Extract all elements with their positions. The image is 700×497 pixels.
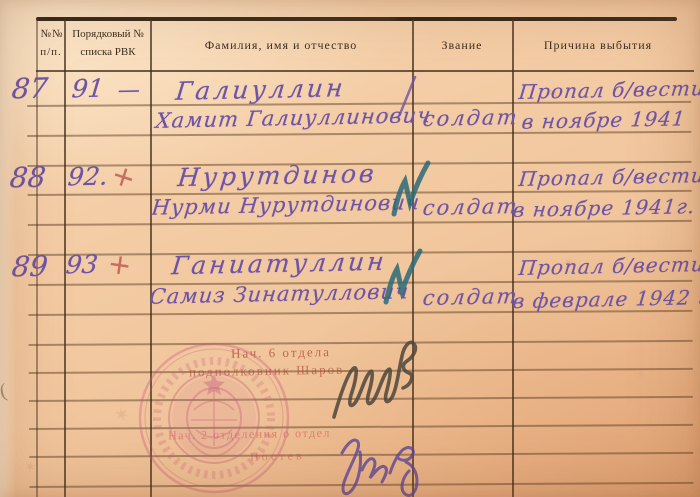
column-header-num-line2: п/п. xyxy=(38,46,64,58)
row-reason-line2: в ноябре 1941 xyxy=(521,106,687,133)
row-list-num: 93 xyxy=(64,250,99,280)
column-divider xyxy=(512,18,514,497)
column-header-name: Фамилия, имя и отчество xyxy=(150,38,412,53)
column-header-list-line1: Порядковый № xyxy=(66,28,150,40)
scanned-record-page: ✶ ✶ ✶ ✶ ✶ ✶ ( №№ п/п. Порядковый № списк… xyxy=(0,0,700,497)
row-list-num: 91 xyxy=(70,74,105,104)
row-num: 89 xyxy=(10,250,49,284)
row-reason-line2: в ноябре 1941г. xyxy=(512,194,697,222)
column-divider xyxy=(150,18,152,497)
row-rank: солдат xyxy=(422,194,520,220)
row-rank: солдат xyxy=(422,105,520,131)
row-reason-line1: Пропал б/вести xyxy=(518,163,700,191)
row-rank: солдат xyxy=(422,284,520,310)
stamp-typed-note-line2: Постев xyxy=(250,448,305,464)
row-reason-line1: Пропал б/вести xyxy=(518,252,700,280)
row-mark: + xyxy=(106,247,134,283)
column-header-rank: Звание xyxy=(412,38,512,53)
row-reason-line2: в феврале 1942 г. xyxy=(512,285,700,313)
column-header-num-line1: №№ xyxy=(40,28,64,40)
typed-note-officer: подполковник Шаров xyxy=(189,362,345,381)
row-surname: Нурутдинов xyxy=(176,159,378,192)
row-num: 87 xyxy=(10,72,49,106)
stamp-typed-note-line1: Нач. 2 отделения о отдел xyxy=(168,426,331,444)
row-reason-line1: Пропал б/вести xyxy=(518,76,700,104)
column-header-reason: Причина выбытия xyxy=(512,38,684,53)
row-surname: Ганиатуллин xyxy=(170,247,388,280)
column-divider xyxy=(412,18,414,497)
row-num: 88 xyxy=(8,161,47,195)
column-header-list-line2: списка РВК xyxy=(66,46,150,58)
row-surname: Галиуллин xyxy=(174,73,347,106)
typed-note-department: Нач. 6 отдела xyxy=(231,344,331,362)
row-list-num: 92. xyxy=(66,162,109,192)
row-mark: — xyxy=(117,78,142,103)
